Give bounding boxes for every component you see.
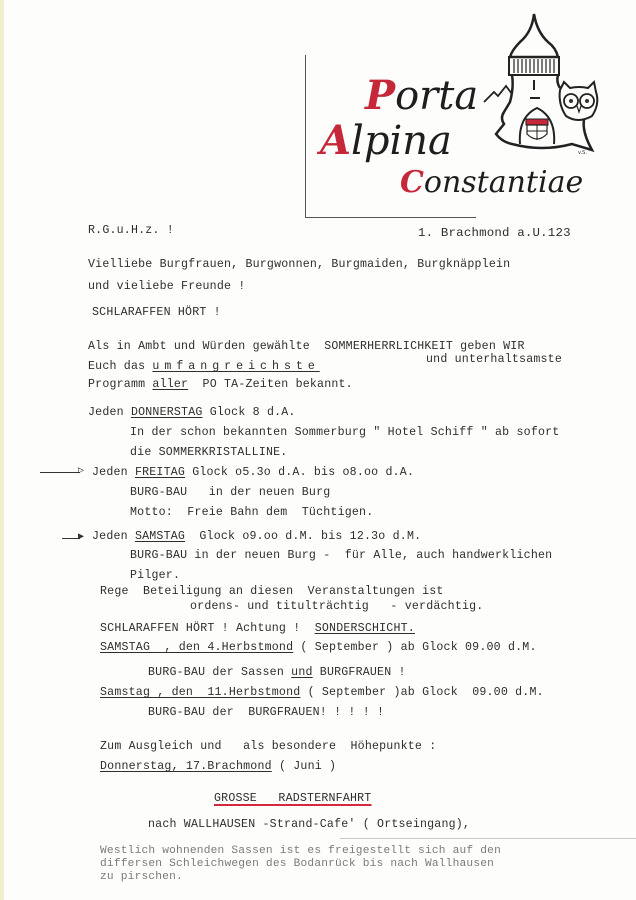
letter-date: 1. Brachmond a.U.123 — [418, 226, 571, 240]
special-shift-2-detail: BURG-BAU der BURGFRAUEN! ! ! ! ! — [148, 706, 384, 720]
title-constantiae: Constantiae — [400, 165, 583, 200]
participation-line-1: Rege Beteiligung an diesen Veranstaltung… — [100, 585, 444, 599]
title-alpina: Alpina — [320, 117, 452, 164]
call-schlaraffen-1: SCHLARAFFEN HÖRT ! — [92, 306, 221, 320]
friday-line-2: BURG-BAU in der neuen Burg — [130, 486, 330, 500]
arrow-head-icon: ▷ — [78, 467, 84, 477]
saturday-line-1: Jeden SAMSTAG Glock o9.oo d.M. bis 12.3o… — [92, 530, 421, 544]
intro-line-2: Euch das umfangreichste — [88, 360, 320, 374]
west-note-line-3: zu pirschen. — [100, 871, 183, 884]
thursday-line-1: Jeden DONNERSTAG Glock 8 d.A. — [88, 406, 296, 420]
friday-line-3: Motto: Freie Bahn dem Tüchtigen. — [130, 506, 373, 520]
emphasis-umfangreichste: umfangreichste — [152, 360, 319, 373]
intro-line-2-right: und unterhaltsamste — [426, 353, 562, 367]
arrow-friday — [40, 472, 80, 473]
tower-owl-emblem: v.S. — [482, 12, 607, 157]
thursday-line-2: In der schon bekannten Sommerburg " Hote… — [130, 426, 559, 440]
intro-line-3: Programm aller PO TA-Zeiten bekannt. — [88, 378, 353, 392]
highlights-date: Donnerstag, 17.Brachmond ( Juni ) — [100, 760, 336, 774]
arrow-head-icon: ▶ — [78, 533, 84, 543]
special-shift-2: Samstag , den 11.Herbstmond ( September … — [100, 686, 544, 700]
paper-edge — [0, 0, 4, 900]
event-title: GROSSE RADSTERNFAHRT — [214, 792, 371, 806]
emblem-signature: v.S. — [578, 150, 587, 156]
west-note-line-2: differsen Schleichwegen des Bodanrück bi… — [100, 858, 494, 871]
friday-line-1: Jeden FREITAG Glock o5.3o d.A. bis o8.oo… — [92, 466, 414, 480]
special-shift-1: SAMSTAG , den 4.Herbstmond ( September )… — [100, 641, 537, 655]
special-shift-1-detail: BURG-BAU der Sassen und BURGFRAUEN ! — [148, 666, 406, 680]
emphasis-aller: aller — [152, 378, 188, 391]
divider-line — [340, 838, 636, 839]
salutation-line-1: Vielliebe Burgfrauen, Burgwonnen, Burgma… — [88, 258, 510, 272]
call-schlaraffen-2: SCHLARAFFEN HÖRT ! Achtung ! SONDERSCHIC… — [100, 622, 415, 636]
west-note-line-1: Westlich wohnenden Sassen ist es freiges… — [100, 845, 501, 858]
saturday-line-3: Pilger. — [130, 569, 180, 583]
highlights-intro: Zum Ausgleich und als besondere Höhepunk… — [100, 740, 436, 754]
participation-line-2: ordens- und titulträchtig - verdächtig. — [190, 600, 483, 614]
thursday-line-3: die SOMMERKRISTALLINE. — [130, 446, 287, 460]
salutation-line-2: und vieliebe Freunde ! — [88, 280, 245, 294]
event-destination: nach WALLHAUSEN -Strand-Cafe' ( Ortseing… — [148, 818, 470, 832]
saturday-line-2: BURG-BAU in der neuen Burg - für Alle, a… — [130, 549, 552, 563]
greeting-code: R.G.u.H.z. ! — [88, 224, 174, 238]
intro-line-1: Als in Ambt und Würden gewählte SOMMERHE… — [88, 340, 525, 354]
title-porta: Porta — [365, 72, 478, 119]
